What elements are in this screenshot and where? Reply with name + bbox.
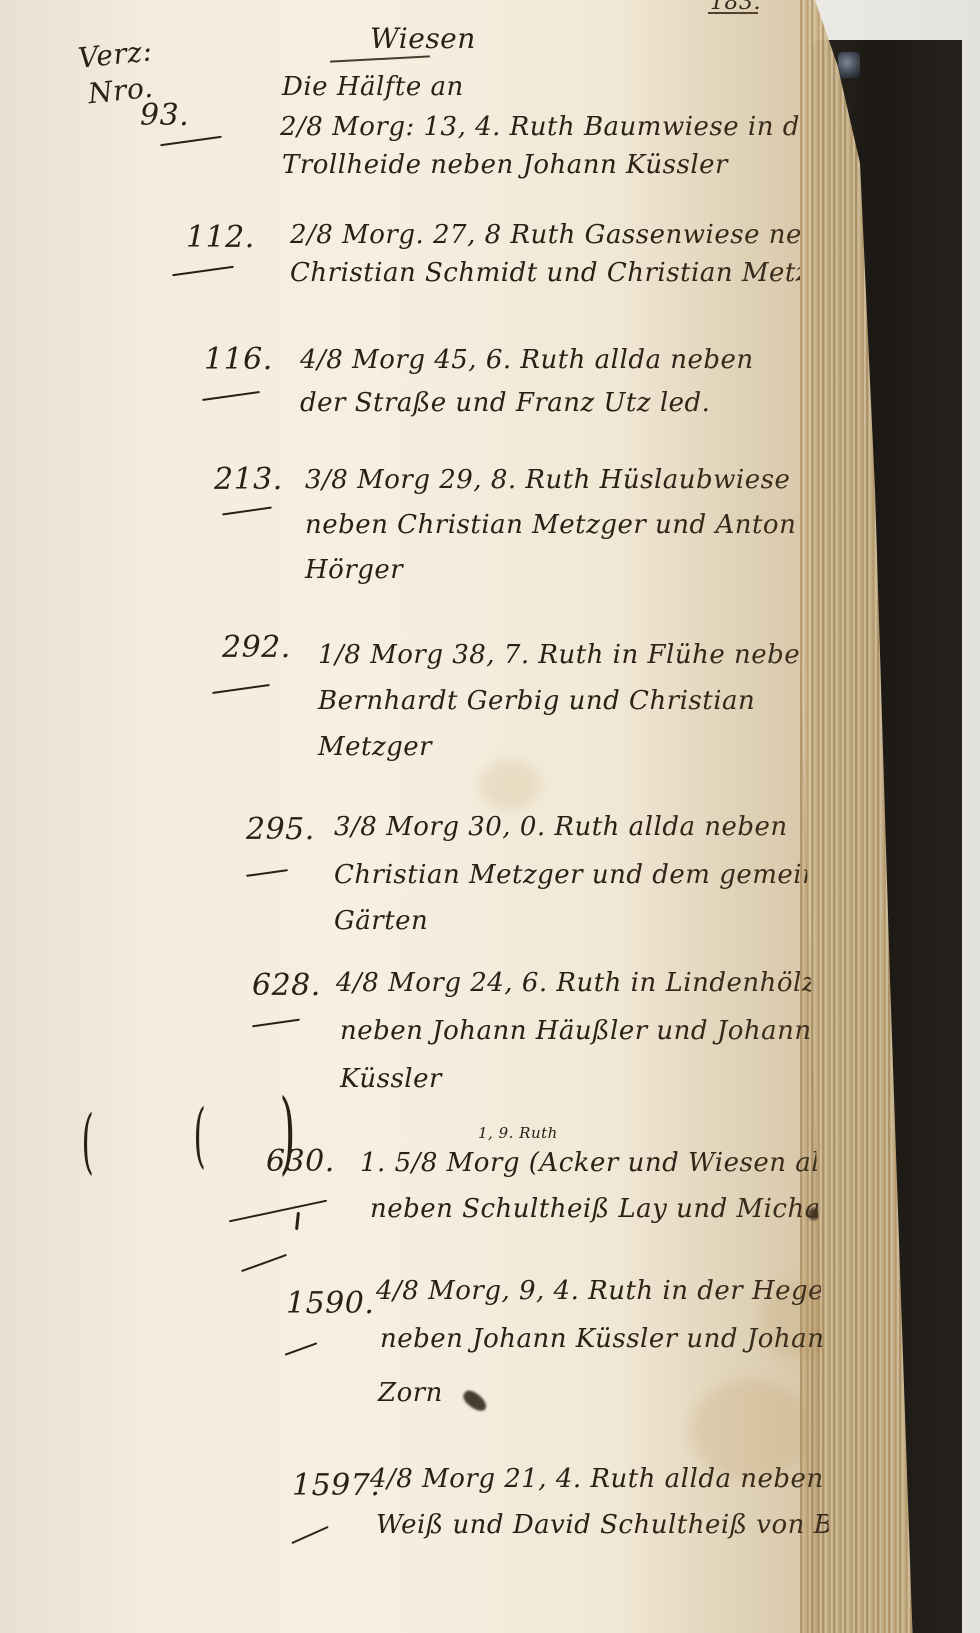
entry-number: 292. — [222, 630, 291, 665]
entry-number: 93. — [140, 98, 189, 133]
entry-dash — [229, 1200, 327, 1223]
entry-line: Zorn — [378, 1378, 443, 1408]
entry-superscript: 1, 9. Ruth — [478, 1124, 558, 1142]
bracket-mark: ( — [194, 1094, 206, 1176]
bracket-mark: ( — [82, 1100, 94, 1182]
entry-line: Metzger — [318, 732, 432, 762]
entry-line: 3/8 Morg 30, 0. Ruth allda neben — [334, 812, 788, 842]
entry-dash — [222, 507, 272, 516]
entry-line: neben Johann Häußler und Johann — [340, 1016, 812, 1046]
margin-label-verz: Verz: — [76, 34, 153, 75]
entry-line: Trollheide neben Johann Küssler — [282, 150, 728, 180]
entry-line: 2/8 Morg. 27, 8 Ruth Gassenwiese neben — [290, 220, 852, 250]
entry-dash — [241, 1254, 287, 1272]
heading-underline — [330, 55, 430, 62]
page-number: 183. — [710, 0, 761, 15]
ledger-page: 183. Verz: Nro. Wiesen Die Hälfte an 93.… — [0, 0, 800, 1633]
entry-line: neben Christian Metzger und Anton — [305, 510, 796, 540]
entry-dash — [252, 1019, 300, 1028]
entry-dash — [291, 1526, 328, 1544]
entry-line: 2/8 Morg: 13, 4. Ruth Baumwiese in der — [280, 112, 829, 142]
entry-line: 3/8 Morg 29, 8. Ruth Hüslaubwiese — [305, 465, 790, 495]
entry-line: Christian Schmidt und Christian Metzger — [290, 258, 856, 288]
entry-number: 628. — [252, 968, 321, 1003]
entry-line: Bernhardt Gerbig und Christian — [318, 686, 755, 716]
entry-line: 4/8 Morg 45, 6. Ruth allda neben — [300, 345, 754, 375]
intro-text: Die Hälfte an — [282, 72, 464, 102]
entry-line: Gärten — [334, 906, 428, 936]
entry-number: 1590. — [286, 1286, 374, 1321]
entry-dash — [172, 266, 234, 277]
entry-dash — [202, 391, 260, 401]
entry-number: 112. — [186, 220, 255, 255]
stain — [480, 760, 540, 810]
entry-dash — [285, 1342, 318, 1356]
entry-number: 630. — [266, 1144, 335, 1179]
entry-line: neben Johann Küssler und Johann — [380, 1324, 842, 1354]
entry-dash — [160, 136, 222, 147]
entry-number: 213. — [214, 462, 283, 497]
entry-line: 4/8 Morg 24, 6. Ruth in Lindenhölzle — [336, 968, 841, 998]
entry-line: Christian Metzger und dem gemeinen — [334, 860, 853, 890]
entry-line: 1. 5/8 Morg (Acker und Wiesen allda — [360, 1148, 862, 1178]
entry-line: der Straße und Franz Utz led. — [300, 388, 710, 418]
entry-line: Hörger — [305, 555, 403, 585]
entry-line: 1/8 Morg 38, 7. Ruth in Flühe neben — [318, 640, 817, 670]
entry-line: Küssler — [340, 1064, 442, 1094]
clasp-icon — [838, 52, 860, 78]
page-number-underline — [708, 12, 758, 14]
entry-number: 295. — [246, 812, 315, 847]
entry-dash — [212, 684, 270, 694]
entry-number: 116. — [204, 342, 273, 377]
entry-dash — [246, 869, 288, 877]
column-heading: Wiesen — [370, 22, 476, 55]
entry-number: 1597. — [292, 1468, 380, 1503]
entry-line: 4/8 Morg, 9, 4. Ruth in der Hegenach — [376, 1276, 890, 1306]
stain — [690, 1380, 810, 1480]
ink-blot — [460, 1388, 489, 1414]
tick-mark — [295, 1212, 300, 1230]
